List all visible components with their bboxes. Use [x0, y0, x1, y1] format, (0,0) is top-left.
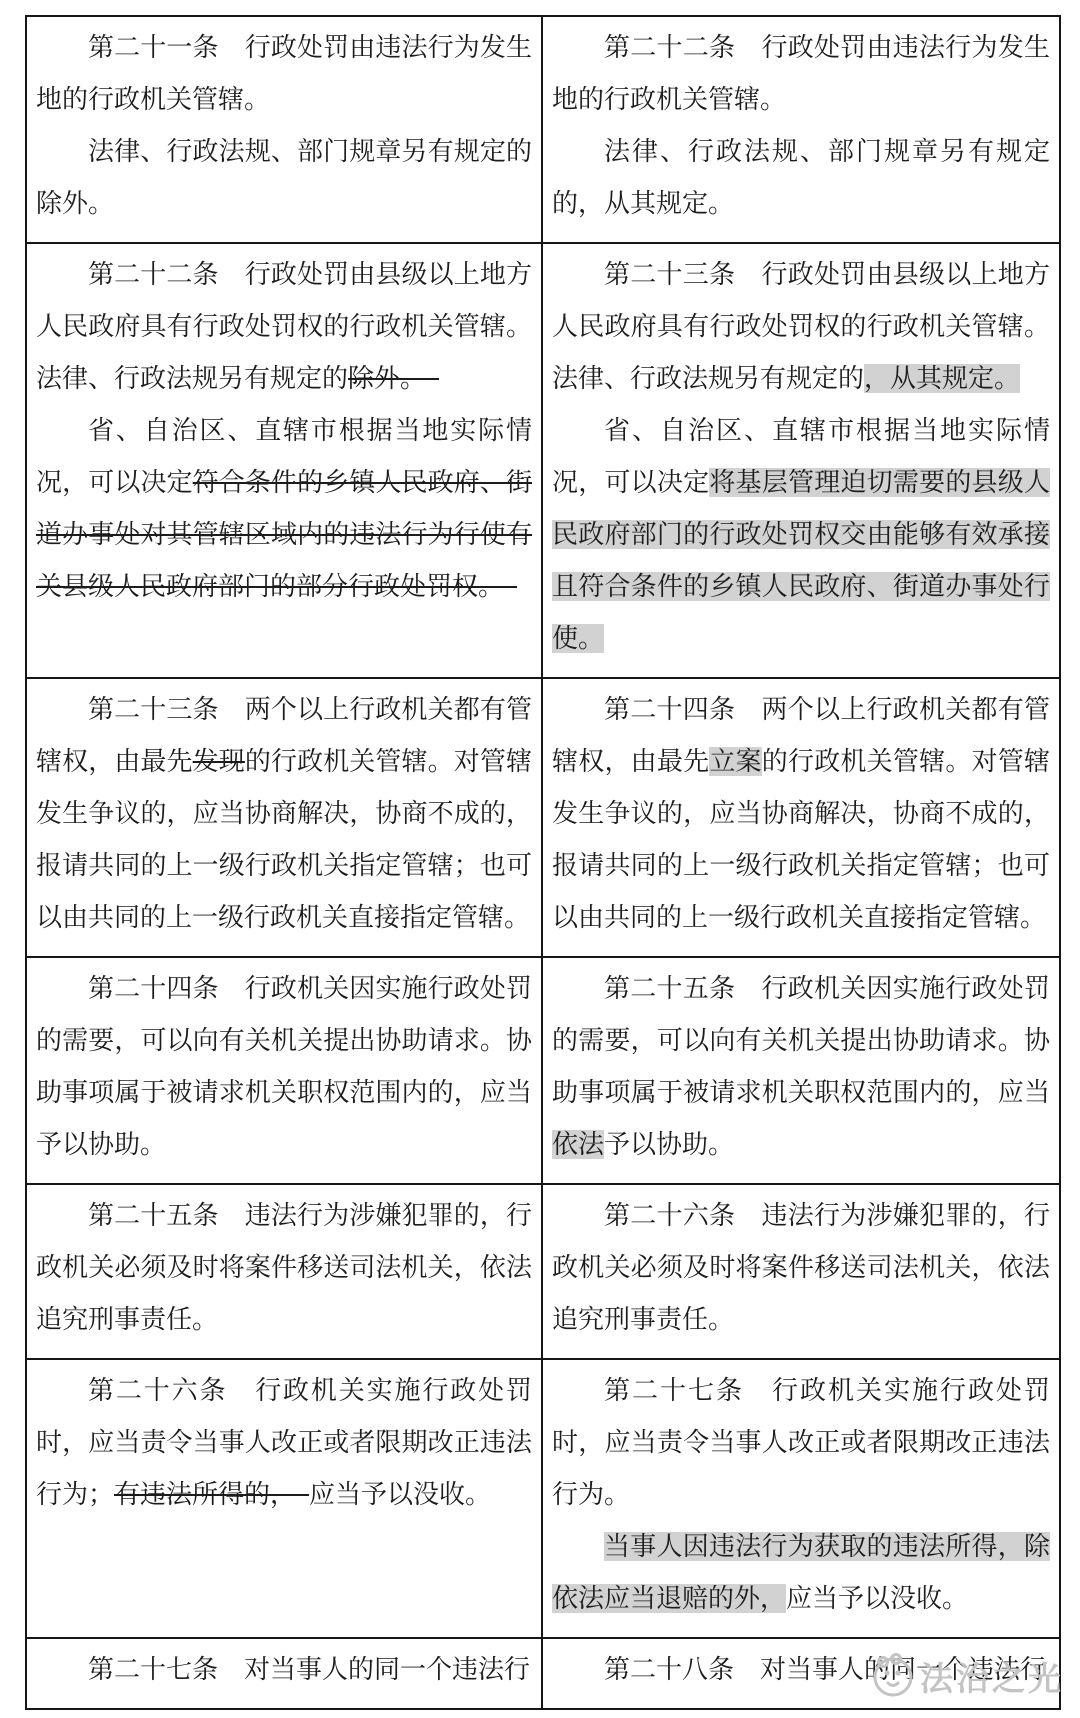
paragraph: 法律、行政法规、部门规章另有规定的除外。	[36, 126, 532, 230]
table-row: 第二十六条 行政机关实施行政处罚时，应当责令当事人改正或者限期改正违法行为；有违…	[27, 1360, 1059, 1639]
text: 第二十六条 违法行为涉嫌犯罪的，行政机关必须及时将案件移送司法机关，依法追究刑事…	[552, 1201, 1050, 1334]
old-version-cell: 第二十六条 行政机关实施行政处罚时，应当责令当事人改正或者限期改正违法行为；有违…	[27, 1360, 543, 1637]
new-version-cell: 第二十六条 违法行为涉嫌犯罪的，行政机关必须及时将案件移送司法机关，依法追究刑事…	[543, 1185, 1059, 1358]
text: 第二十五条 违法行为涉嫌犯罪的，行政机关必须及时将案件移送司法机关，依法追究刑事…	[36, 1201, 532, 1334]
text: 法律、行政法规、部门规章另有规定的，从其规定。	[552, 137, 1050, 218]
paragraph: 第二十三条 行政处罚由县级以上地方人民政府具有行政处罚权的行政机关管辖。法律、行…	[552, 249, 1050, 405]
old-version-cell: 第二十二条 行政处罚由县级以上地方人民政府具有行政处罚权的行政机关管辖。法律、行…	[27, 244, 543, 677]
text: 应当予以没收。	[309, 1480, 491, 1509]
text: 第二十五条 行政机关因实施行政处罚的需要，可以向有关机关提出协助请求。协助事项属…	[552, 974, 1050, 1107]
table-row: 第二十四条 行政机关因实施行政处罚的需要，可以向有关机关提出协助请求。协助事项属…	[27, 958, 1059, 1185]
revised-text: 立案	[709, 747, 761, 776]
text: 第二十一条 行政处罚由违法行为发生地的行政机关管辖。	[36, 33, 532, 114]
revised-text: 依法	[552, 1130, 604, 1159]
text: 第二十七条 行政机关实施行政处罚时，应当责令当事人改正或者限期改正违法行为。	[552, 1376, 1050, 1509]
paragraph: 第二十四条 两个以上行政机关都有管辖权，由最先立案的行政机关管辖。对管辖发生争议…	[552, 684, 1050, 944]
paragraph: 第二十五条 行政机关因实施行政处罚的需要，可以向有关机关提出协助请求。协助事项属…	[552, 963, 1050, 1171]
smiley-logo-icon	[866, 1650, 918, 1702]
new-version-cell: 第二十二条 行政处罚由违法行为发生地的行政机关管辖。法律、行政法规、部门规章另有…	[543, 17, 1059, 242]
old-version-cell: 第二十四条 行政机关因实施行政处罚的需要，可以向有关机关提出协助请求。协助事项属…	[27, 958, 543, 1183]
paragraph: 第二十三条 两个以上行政机关都有管辖权，由最先发现的行政机关管辖。对管辖发生争议…	[36, 684, 532, 944]
table-row: 第二十二条 行政处罚由县级以上地方人民政府具有行政处罚权的行政机关管辖。法律、行…	[27, 244, 1059, 679]
table-row: 第二十一条 行政处罚由违法行为发生地的行政机关管辖。法律、行政法规、部门规章另有…	[27, 17, 1059, 244]
old-version-cell: 第二十一条 行政处罚由违法行为发生地的行政机关管辖。法律、行政法规、部门规章另有…	[27, 17, 543, 242]
text: 予以协助。	[604, 1130, 734, 1159]
text: 第二十七条 对当事人的同一个违法行	[88, 1655, 530, 1684]
paragraph: 第二十五条 违法行为涉嫌犯罪的，行政机关必须及时将案件移送司法机关，依法追究刑事…	[36, 1190, 532, 1346]
old-version-cell: 第二十五条 违法行为涉嫌犯罪的，行政机关必须及时将案件移送司法机关，依法追究刑事…	[27, 1185, 543, 1358]
page: 第二十一条 行政处罚由违法行为发生地的行政机关管辖。法律、行政法规、部门规章另有…	[0, 0, 1080, 1718]
text: 第二十二条 行政处罚由违法行为发生地的行政机关管辖。	[552, 33, 1050, 114]
deleted-text: 发现	[193, 747, 245, 776]
new-version-cell: 第二十三条 行政处罚由县级以上地方人民政府具有行政处罚权的行政机关管辖。法律、行…	[543, 244, 1059, 677]
deleted-text: 有违法所得的，	[114, 1480, 309, 1509]
watermark: 法治之光	[866, 1650, 1064, 1702]
paragraph: 第二十一条 行政处罚由违法行为发生地的行政机关管辖。	[36, 22, 532, 126]
revised-text: ，从其规定。	[864, 364, 1020, 393]
text: 法律、行政法规、部门规章另有规定的除外。	[36, 137, 532, 218]
table-row: 第二十五条 违法行为涉嫌犯罪的，行政机关必须及时将案件移送司法机关，依法追究刑事…	[27, 1185, 1059, 1360]
paragraph: 省、自治区、直辖市根据当地实际情况，可以决定将基层管理迫切需要的县级人民政府部门…	[552, 405, 1050, 665]
old-version-cell: 第二十七条 对当事人的同一个违法行	[27, 1639, 543, 1708]
deleted-text: 除外。	[348, 364, 439, 393]
paragraph: 第二十六条 违法行为涉嫌犯罪的，行政机关必须及时将案件移送司法机关，依法追究刑事…	[552, 1190, 1050, 1346]
text: 应当予以没收。	[786, 1584, 968, 1613]
paragraph: 省、自治区、直辖市根据当地实际情况，可以决定符合条件的乡镇人民政府、街道办事处对…	[36, 405, 532, 613]
paragraph: 第二十四条 行政机关因实施行政处罚的需要，可以向有关机关提出协助请求。协助事项属…	[36, 963, 532, 1171]
new-version-cell: 第二十五条 行政机关因实施行政处罚的需要，可以向有关机关提出协助请求。协助事项属…	[543, 958, 1059, 1183]
watermark-label: 法治之光	[920, 1653, 1064, 1700]
paragraph: 第二十七条 对当事人的同一个违法行	[36, 1644, 532, 1696]
text: 第二十四条 行政机关因实施行政处罚的需要，可以向有关机关提出协助请求。协助事项属…	[36, 974, 532, 1159]
new-version-cell: 第二十七条 行政机关实施行政处罚时，应当责令当事人改正或者限期改正违法行为。当事…	[543, 1360, 1059, 1637]
paragraph: 第二十二条 行政处罚由县级以上地方人民政府具有行政处罚权的行政机关管辖。法律、行…	[36, 249, 532, 405]
table-row: 第二十三条 两个以上行政机关都有管辖权，由最先发现的行政机关管辖。对管辖发生争议…	[27, 679, 1059, 958]
paragraph: 第二十六条 行政机关实施行政处罚时，应当责令当事人改正或者限期改正违法行为；有违…	[36, 1365, 532, 1521]
paragraph: 第二十七条 行政机关实施行政处罚时，应当责令当事人改正或者限期改正违法行为。	[552, 1365, 1050, 1521]
text: 第二十二条 行政处罚由县级以上地方人民政府具有行政处罚权的行政机关管辖。法律、行…	[36, 260, 532, 393]
comparison-table: 第二十一条 行政处罚由违法行为发生地的行政机关管辖。法律、行政法规、部门规章另有…	[25, 15, 1061, 1710]
paragraph: 法律、行政法规、部门规章另有规定的，从其规定。	[552, 126, 1050, 230]
paragraph: 第二十二条 行政处罚由违法行为发生地的行政机关管辖。	[552, 22, 1050, 126]
new-version-cell: 第二十四条 两个以上行政机关都有管辖权，由最先立案的行政机关管辖。对管辖发生争议…	[543, 679, 1059, 956]
old-version-cell: 第二十三条 两个以上行政机关都有管辖权，由最先发现的行政机关管辖。对管辖发生争议…	[27, 679, 543, 956]
paragraph: 当事人因违法行为获取的违法所得，除依法应当退赔的外，应当予以没收。	[552, 1521, 1050, 1625]
